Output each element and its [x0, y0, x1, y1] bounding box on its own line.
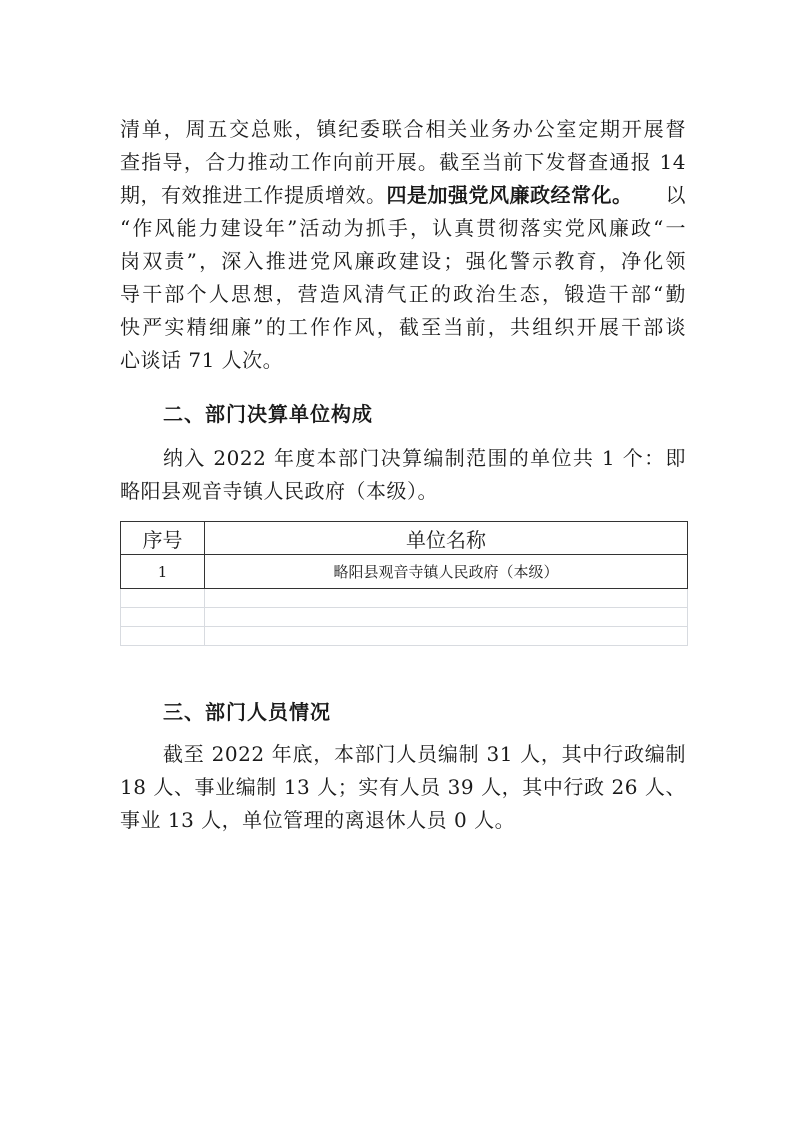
- column-header-index: 序号: [121, 522, 205, 555]
- empty-cell: [205, 589, 688, 608]
- empty-cell: [121, 608, 205, 627]
- cell-index: 1: [121, 555, 205, 589]
- text-line: “作风能力建设年”活动为抓手，认真贯彻落实党风廉政“一: [120, 214, 686, 242]
- text-line: 心谈话 71 人次。: [120, 346, 686, 374]
- text-segment: 期，有效推进工作提质增效。: [120, 183, 387, 207]
- text-line: 导干部个人思想，营造风清气正的政治生态，锻造干部“勤: [120, 280, 686, 308]
- empty-cell: [205, 627, 688, 646]
- text-line: 期，有效推进工作提质增效。四是加强党风廉政经常化。 以: [120, 181, 686, 209]
- empty-cell: [121, 627, 205, 646]
- table-header-row: 序号 单位名称: [121, 522, 688, 555]
- empty-cell: [121, 589, 205, 608]
- text-line: 纳入 2022 年度本部门决算编制范围的单位共 1 个：即: [163, 444, 686, 472]
- bold-phrase: 四是加强党风廉政经常化。: [387, 183, 633, 207]
- text-segment: 以: [666, 181, 687, 209]
- empty-row: [121, 608, 688, 627]
- text-line: 快严实精细廉”的工作作风，截至当前，共组织开展干部谈: [120, 313, 686, 341]
- cell-unit-name: 略阳县观音寺镇人民政府（本级）: [205, 555, 688, 589]
- text-line: 事业 13 人，单位管理的离退休人员 0 人。: [120, 806, 686, 834]
- text-line: 18 人、事业编制 13 人；实有人员 39 人，其中行政 26 人、: [120, 773, 686, 801]
- text-line: 清单，周五交总账，镇纪委联合相关业务办公室定期开展督: [120, 115, 686, 143]
- text-line: 岗双责”，深入推进党风廉政建设；强化警示教育，净化领: [120, 247, 686, 275]
- section-heading-unit-composition: 二、部门决算单位构成: [163, 400, 373, 428]
- empty-cell: [205, 608, 688, 627]
- section-heading-staff: 三、部门人员情况: [163, 698, 331, 726]
- empty-row: [121, 627, 688, 646]
- empty-row: [121, 589, 688, 608]
- table-row: 1 略阳县观音寺镇人民政府（本级）: [121, 555, 688, 589]
- text-line: 查指导，合力推动工作向前开展。截至当前下发督查通报 14: [120, 148, 686, 176]
- column-header-unit-name: 单位名称: [205, 522, 688, 555]
- unit-table: 序号 单位名称 1 略阳县观音寺镇人民政府（本级）: [120, 521, 688, 646]
- text-line: 截至 2022 年底，本部门人员编制 31 人，其中行政编制: [163, 740, 686, 768]
- text-line: 略阳县观音寺镇人民政府（本级）。: [120, 477, 686, 505]
